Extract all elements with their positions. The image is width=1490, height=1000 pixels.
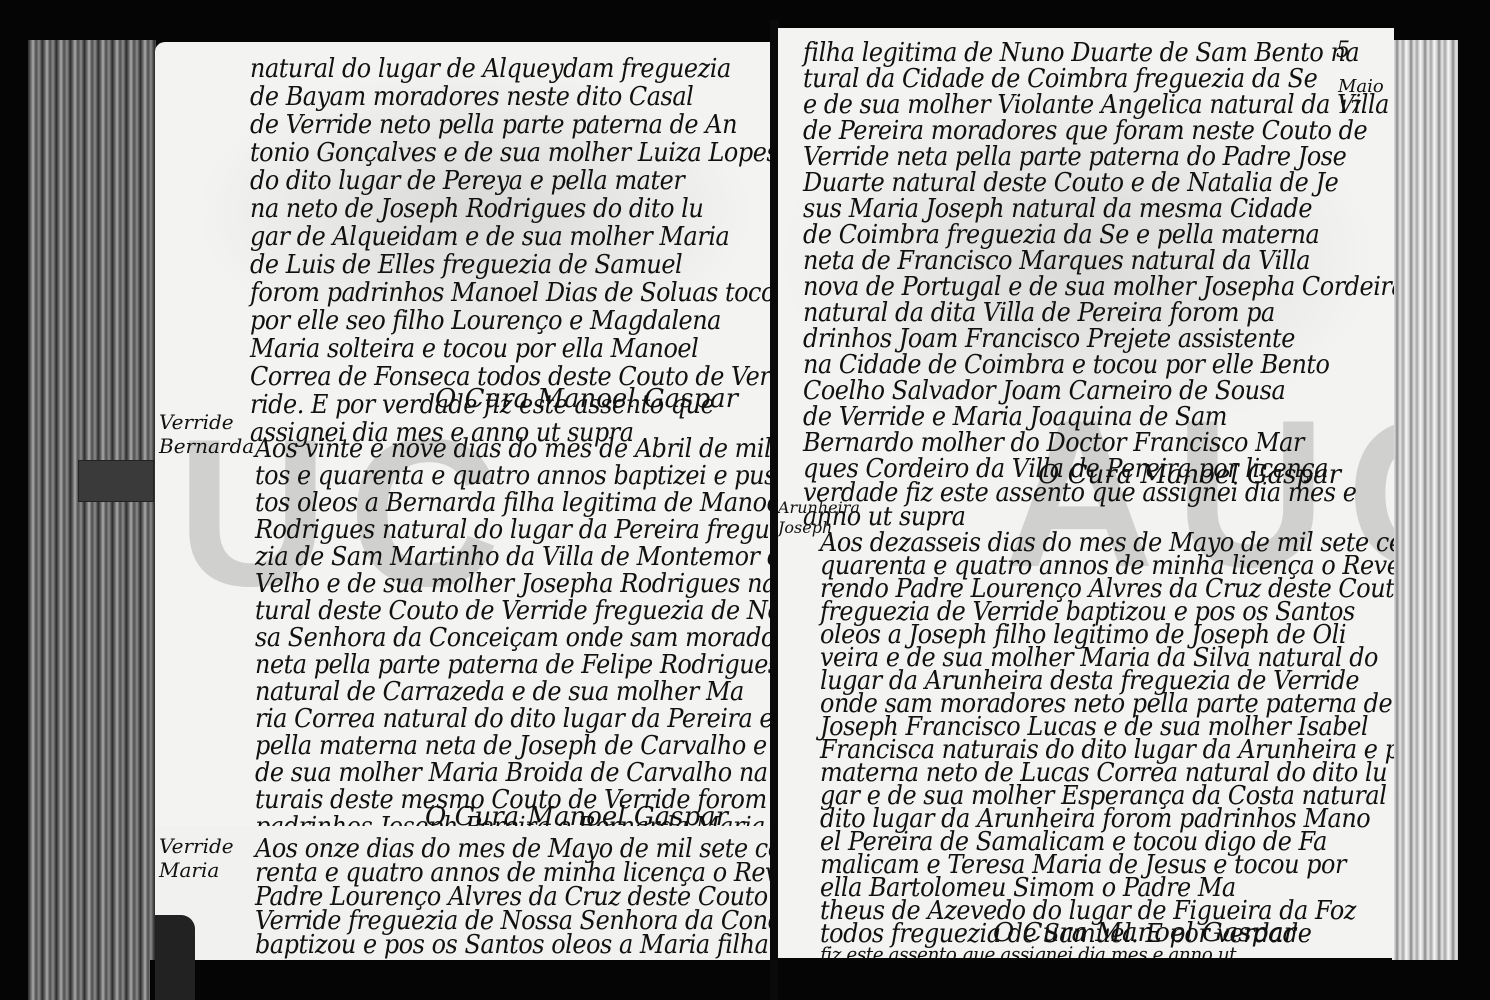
margin-note: Verride Bernarda	[159, 410, 254, 458]
binding-tab	[78, 460, 154, 502]
text-line: de Luis de Elles freguezia de Samuel	[250, 250, 682, 280]
text-line: pella materna neta de Joseph de Carvalho…	[255, 731, 767, 761]
margin-name: Bernarda	[159, 434, 254, 458]
text-line: zia de Sam Martinho da Villa de Montemor…	[255, 542, 772, 572]
text-line: Velho e de sua molher Josepha Rodrigues …	[255, 569, 772, 599]
text-line: por elle seo filho Lourenço e Magdalena	[250, 306, 721, 336]
text-line: neta pella parte paterna de Felipe Rodri…	[255, 650, 772, 680]
page-tear	[155, 915, 195, 1000]
right-page: AUC 5 Maio 17 filha legitima de Nuno Dua…	[778, 28, 1394, 958]
margin-place: Arunheira	[778, 498, 860, 518]
signature: O Cura Manoel Gaspar	[1038, 460, 1341, 490]
margin-name: Maria	[159, 858, 234, 882]
left-page-bottom: Verride Maria Aos onze dias do mes de Ma…	[155, 826, 772, 966]
text-line: tural deste Couto de Verride freguezia d…	[255, 596, 772, 626]
page-shadow	[150, 960, 780, 1000]
text-line: na neto de Joseph Rodrigues do dito lu	[250, 194, 703, 224]
book-edge-left	[28, 40, 156, 1000]
text-line: de sua molher Maria Broida de Carvalho n…	[255, 758, 768, 788]
text-line: Rodrigues natural do lugar da Pereira fr…	[255, 515, 772, 545]
text-line: de Verride neto pella parte paterna de A…	[250, 110, 737, 140]
signature: O Cura Manoel Gaspar	[993, 918, 1296, 948]
page-shadow	[778, 960, 1490, 1000]
text-line: forom padrinhos Manoel Dias de Soluas to…	[250, 278, 772, 308]
margin-place: Verride	[159, 834, 234, 858]
text-line: do dito lugar de Pereya e pella mater	[250, 166, 684, 196]
text-line: ria Correa natural do dito lugar da Pere…	[255, 704, 772, 734]
margin-note: Verride Maria	[159, 834, 234, 882]
text-line: sa Senhora da Conceiçam onde sam morador…	[255, 623, 772, 653]
text-line: de Bayam moradores neste dito Casal	[250, 82, 693, 112]
text-line: baptizou e pos os Santos oleos a Maria f…	[255, 930, 768, 960]
text-line: gar de Alqueidam e de sua molher Maria	[250, 222, 729, 252]
text-line: tos e quarenta e quatro annos baptizei e…	[255, 461, 772, 491]
text-line: natural do lugar de Alqueydam freguezia	[250, 54, 731, 84]
text-line: tos oleos a Bernarda filha legitima de M…	[255, 488, 772, 518]
text-line: natural de Carrazeda e de sua molher Ma	[255, 677, 744, 707]
text-line: tonio Gonçalves e de sua molher Luiza Lo…	[250, 138, 772, 168]
margin-place: Verride	[159, 410, 254, 434]
book-edge-right	[1392, 40, 1458, 970]
signature: O Cura Manoel Gaspar	[435, 384, 738, 414]
text-line: Aos vinte e nove dias do mes de Abril de…	[255, 434, 772, 464]
text-line: Maria solteira e tocou por ella Manoel	[250, 334, 698, 364]
